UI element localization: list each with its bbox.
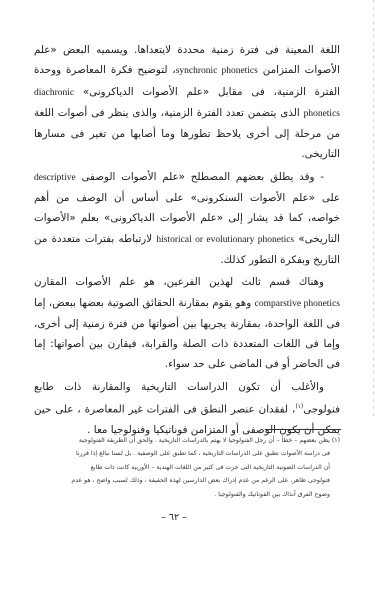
footnote-line: أن الدراسات الصوتية التاريخية التى جرت ف…	[34, 461, 340, 474]
text-segment: وهناك قسم ثالث لهذين الفرعين، هو علم الأ…	[34, 276, 324, 288]
scan-edge-artifact	[373, 0, 374, 420]
paragraph-3: وهناك قسم ثالث لهذين الفرعين، هو علم الأ…	[34, 272, 340, 374]
footnote-line: وضوح الفرق آنذاك بين الفوناتيك والفنولوج…	[34, 488, 340, 501]
paragraph-4: والأغلب أن تكون الدراسات التاريخية والمق…	[34, 377, 340, 440]
english-term-historical: historical or evolutionary phonetics	[156, 235, 294, 245]
footnote-line: فنولوجى ظاهر، على الرغم من عدم إدراك بعض…	[34, 474, 340, 487]
text-segment: الذى يتضمن تعدد الفترة الزمنية، والذى ين…	[34, 107, 340, 161]
english-term-comparative: comparstive phonetics	[255, 299, 340, 309]
paragraph-1: اللغة المعينة فى فترة زمنية محددة لايتعد…	[34, 40, 340, 165]
footnote-divider	[265, 429, 341, 430]
scanned-book-page: اللغة المعينة فى فترة زمنية محددة لايتعد…	[0, 0, 389, 600]
footnote-line: (١) يظن بعضهم – خطأ – أن رجل الفنولوجيا …	[34, 434, 340, 447]
page-number: – ٦٢ –	[154, 512, 194, 523]
footnote: (١) يظن بعضهم – خطأ – أن رجل الفنولوجيا …	[34, 434, 340, 501]
footnote-line: فى دراسة الأصوات تطبق على الدراسات التار…	[34, 447, 340, 460]
paragraph-2: - وقد يطلق بعضهم المصطلح «علم الأصوات ال…	[34, 167, 340, 270]
english-term-synchronic: synchronic phonetics	[176, 66, 258, 76]
main-body-text: اللغة المعينة فى فترة زمنية محددة لايتعد…	[34, 40, 340, 440]
text-segment: - وقد يطلق بعضهم المصطلح «علم الأصوات ال…	[76, 171, 324, 183]
english-term-descriptive: descriptive	[34, 173, 76, 183]
